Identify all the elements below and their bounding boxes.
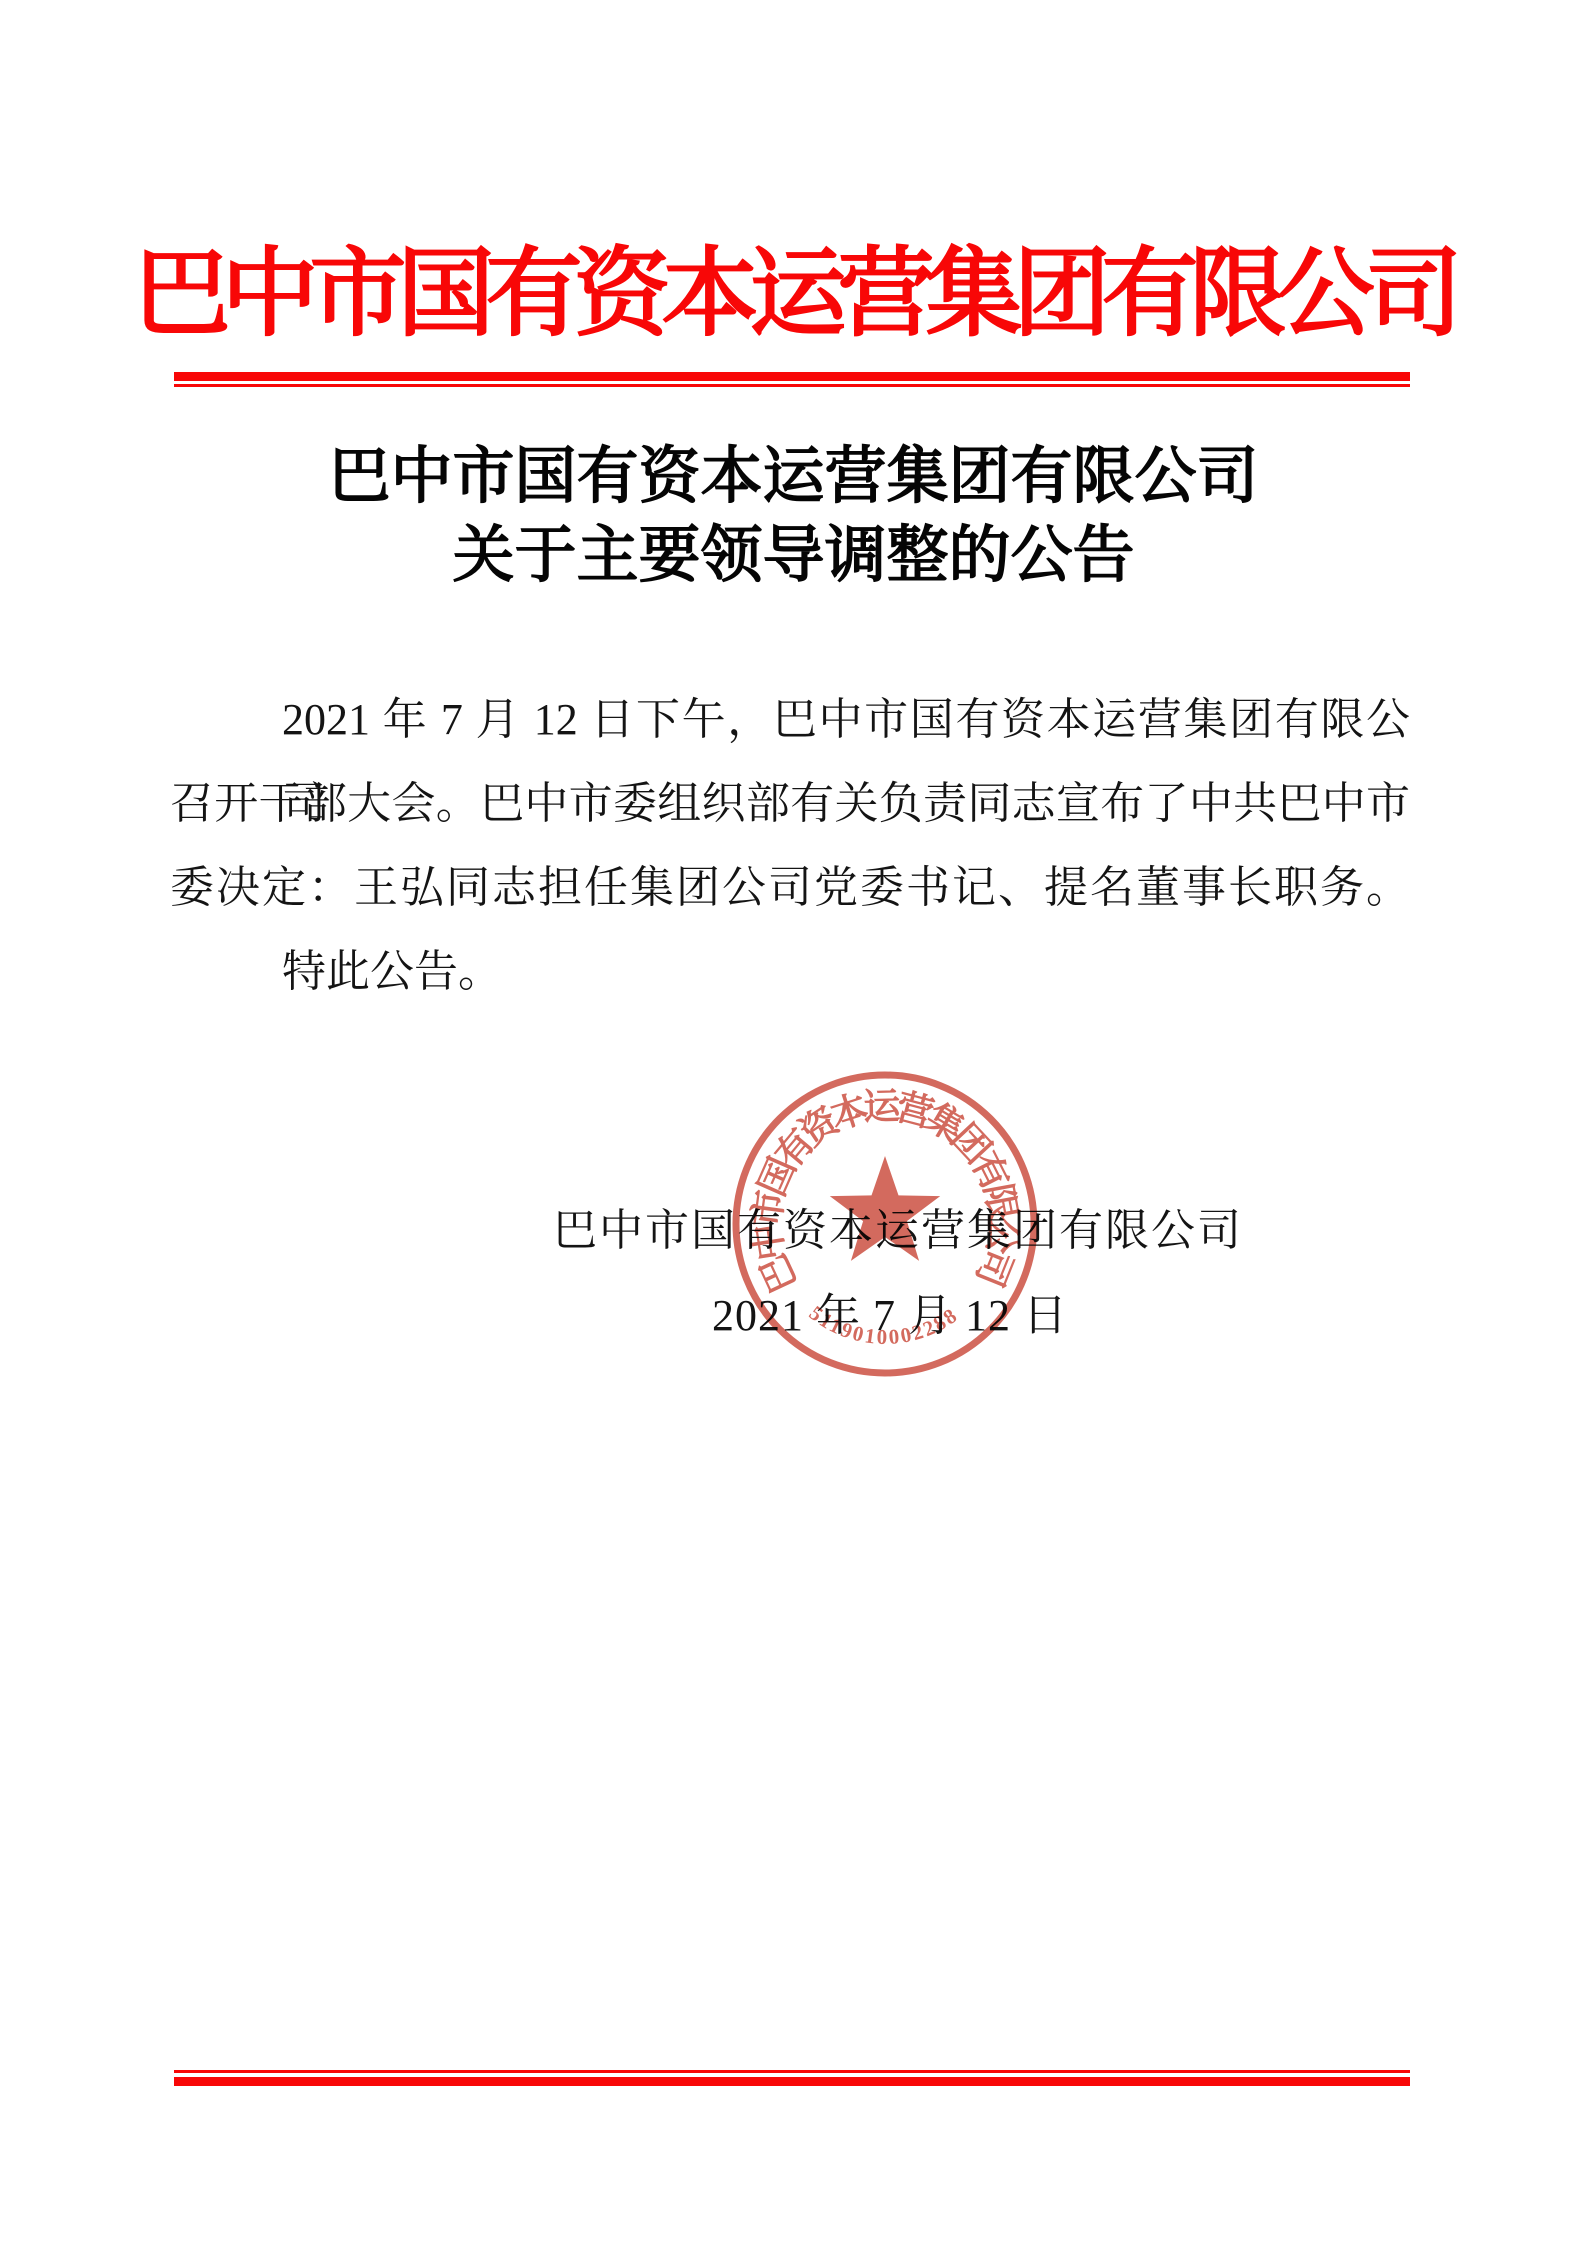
- document-title-line1: 巴中市国有资本运营集团有限公司: [0, 438, 1587, 517]
- body-line: 委决定：王弘同志担任集团公司党委书记、提名董事长职务。: [170, 846, 1410, 930]
- seal-star-icon: [830, 1156, 940, 1261]
- document-title: 巴中市国有资本运营集团有限公司 关于主要领导调整的公告: [0, 438, 1587, 596]
- letterhead-rule-thick: [174, 372, 1410, 381]
- announcement-body: 2021 年 7 月 12 日下午，巴中市国有资本运营集团有限公司 召开干部大会…: [170, 678, 1410, 1014]
- seal-serial-number: 5119010002288: [805, 1301, 961, 1349]
- official-seal: 巴中市国有资本运营集团有限公司 5119010002288: [727, 1066, 1043, 1382]
- letterhead-company-title: 巴中市国有资本运营集团有限公司: [0, 236, 1587, 354]
- document-title-line2: 关于主要领导调整的公告: [0, 517, 1587, 596]
- document-page: 巴中市国有资本运营集团有限公司 巴中市国有资本运营集团有限公司 关于主要领导调整…: [0, 0, 1587, 2245]
- body-line: 特此公告。: [170, 930, 1410, 1014]
- letterhead-rule-thin: [174, 384, 1410, 387]
- body-line: 召开干部大会。巴中市委组织部有关负责同志宣布了中共巴中市: [170, 762, 1410, 846]
- body-line: 2021 年 7 月 12 日下午，巴中市国有资本运营集团有限公司: [170, 678, 1410, 762]
- footer-rule-thin: [174, 2070, 1410, 2073]
- footer-rule-thick: [174, 2077, 1410, 2086]
